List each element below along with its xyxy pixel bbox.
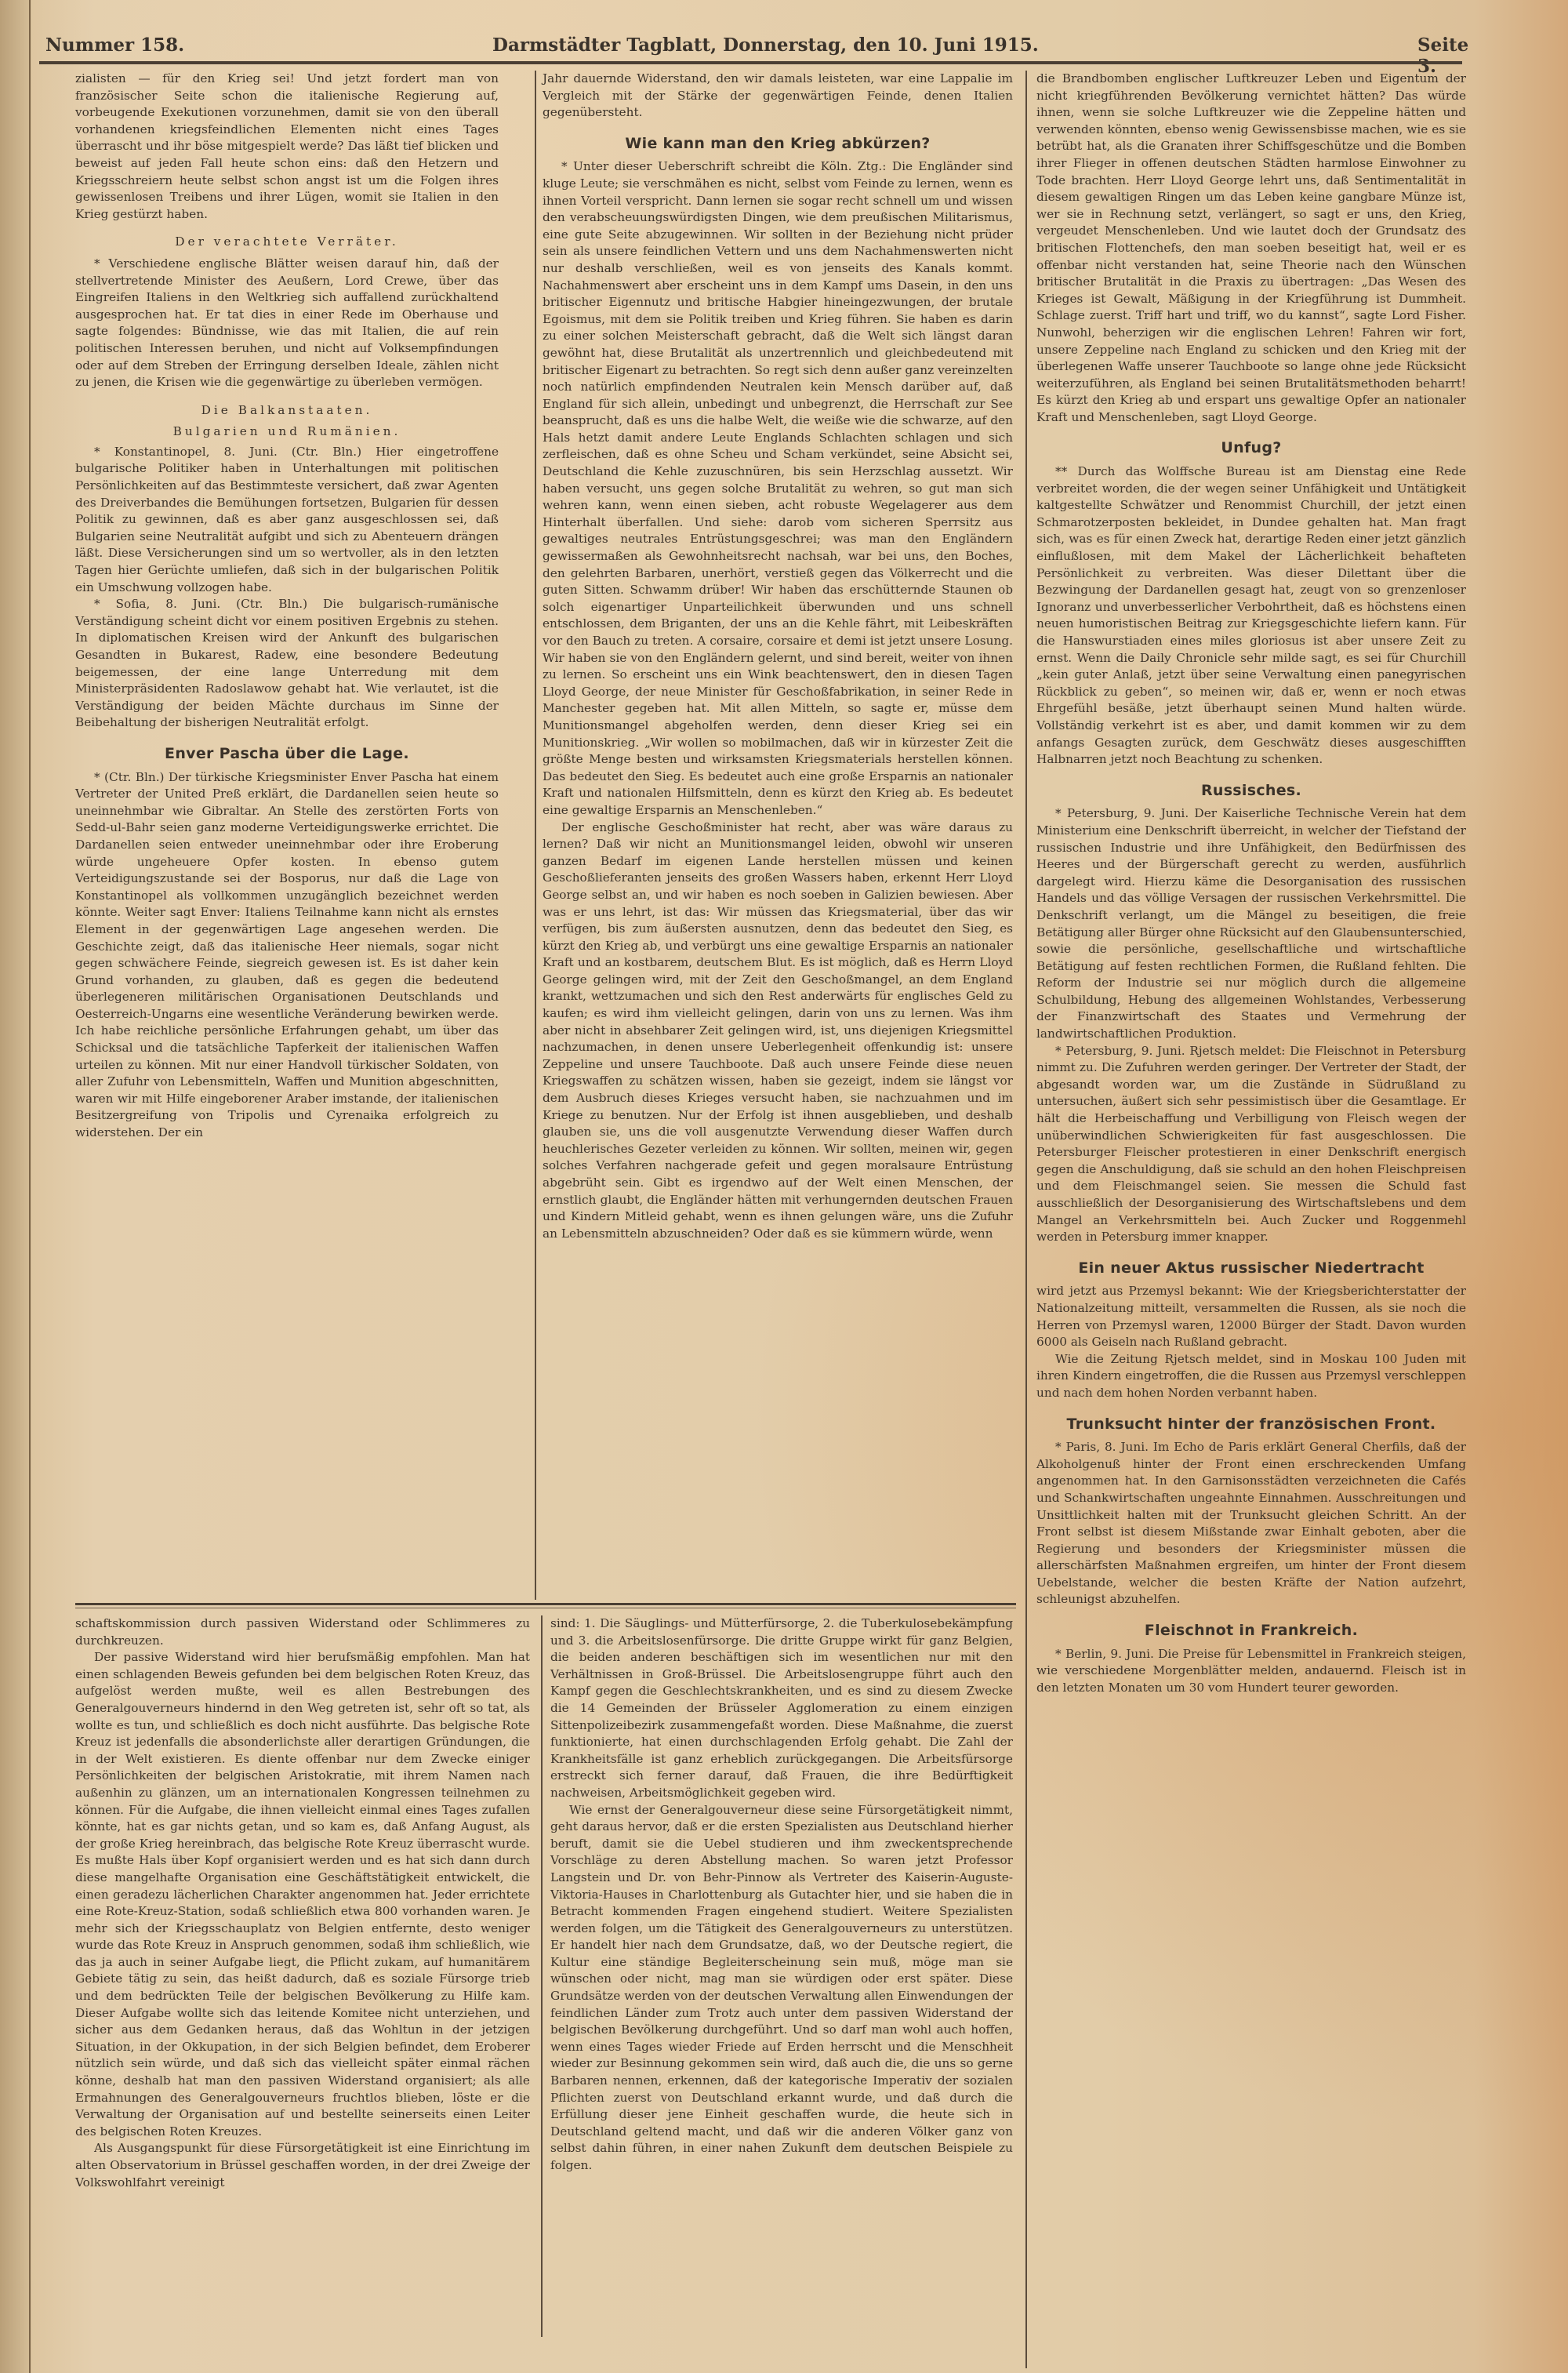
headline-fleischnot-frankreich: Fleischnot in Frankreich. <box>1036 1623 1466 1640</box>
section-subtitle-bulgarien: Bulgarien und Rumänien. <box>75 423 499 441</box>
article-paragraph: Als Ausgangspunkt für diese Fürsorgetäti… <box>75 2140 530 2191</box>
bottom-column-1: schaftskommission durch passiven Widerst… <box>75 1615 530 2191</box>
headline-krieg-abkuerzen: Wie kann man den Krieg abkürzen? <box>543 136 1013 153</box>
newspaper-title-date: Darmstädter Tagblatt, Donnerstag, den 10… <box>492 35 1039 56</box>
column-divider <box>541 1615 543 2337</box>
column-1-top: zialisten — für den Krieg sei! Und jetzt… <box>75 71 499 1142</box>
newspaper-page: Nummer 158. Darmstädter Tagblatt, Donner… <box>0 0 1568 2373</box>
continuation-text: zialisten — für den Krieg sei! Und jetzt… <box>75 71 499 223</box>
headline-aktus-niedertracht: Ein neuer Aktus russischer Niedertracht <box>1036 1260 1466 1277</box>
article-paragraph: * Unter dieser Ueberschrift schreibt die… <box>543 158 1013 819</box>
section-divider-rule-thin <box>75 1608 1016 1608</box>
article-paragraph: Der passive Widerstand wird hier berufsm… <box>75 1649 530 2140</box>
article-paragraph: sind: 1. Die Säuglings- und Mütterfürsor… <box>550 1615 1013 1802</box>
article-trunksucht: * Paris, 8. Juni. Im Echo de Paris erklä… <box>1036 1439 1466 1608</box>
continuation-text: die Brandbomben englischer Luftkreuzer L… <box>1036 71 1466 426</box>
column-3: die Brandbomben englischer Luftkreuzer L… <box>1036 71 1466 1696</box>
masthead-rule <box>39 61 1462 64</box>
column-divider <box>535 71 536 1600</box>
article-konstantinopel: * Konstantinopel, 8. Juni. (Ctr. Bln.) H… <box>75 444 499 596</box>
page-binding <box>0 0 31 2373</box>
issue-number: Nummer 158. <box>45 35 184 56</box>
continuation-text: Jahr dauernde Widerstand, den wir damals… <box>543 71 1013 122</box>
article-petersburg-denkschrift: * Petersburg, 9. Juni. Der Kaiserliche T… <box>1036 805 1466 1042</box>
masthead: Nummer 158. Darmstädter Tagblatt, Donner… <box>45 35 1457 64</box>
column-2-top: Jahr dauernde Widerstand, den wir damals… <box>543 71 1013 1242</box>
section-title-verraeter: Der verachtete Verräter. <box>75 234 499 251</box>
article-enver-pascha: * (Ctr. Bln.) Der türkische Kriegsminist… <box>75 769 499 1142</box>
article-petersburg-fleischnot: * Petersburg, 9. Juni. Rjetsch meldet: D… <box>1036 1043 1466 1246</box>
section-divider-rule <box>75 1603 1016 1605</box>
article-verraeter: * Verschiedene englische Blätter weisen … <box>75 256 499 391</box>
continuation-text: schaftskommission durch passiven Widerst… <box>75 1615 530 1649</box>
bottom-column-2: sind: 1. Die Säuglings- und Mütterfürsor… <box>550 1615 1013 2175</box>
article-sofia: * Sofia, 8. Juni. (Ctr. Bln.) Die bulgar… <box>75 596 499 732</box>
article-przemysl: wird jetzt aus Przemysl bekannt: Wie der… <box>1036 1283 1466 1350</box>
headline-unfug: Unfug? <box>1036 440 1466 457</box>
column-divider <box>1025 71 1027 2368</box>
section-title-balkan: Die Balkanstaaten. <box>75 402 499 420</box>
headline-trunksucht: Trunksucht hinter der französischen Fron… <box>1036 1416 1466 1434</box>
article-fleischnot-frankreich: * Berlin, 9. Juni. Die Preise für Lebens… <box>1036 1646 1466 1697</box>
binding-edge <box>29 0 31 2373</box>
article-unfug: ** Durch das Wolffsche Bureau ist am Die… <box>1036 463 1466 769</box>
article-paragraph: Der englische Geschoßminister hat recht,… <box>543 819 1013 1243</box>
headline-enver-pascha: Enver Pascha über die Lage. <box>75 746 499 763</box>
article-moskau: Wie die Zeitung Rjetsch meldet, sind in … <box>1036 1351 1466 1402</box>
article-paragraph: Wie ernst der Generalgouverneur diese se… <box>550 1802 1013 2175</box>
headline-russisches: Russisches. <box>1036 783 1466 800</box>
